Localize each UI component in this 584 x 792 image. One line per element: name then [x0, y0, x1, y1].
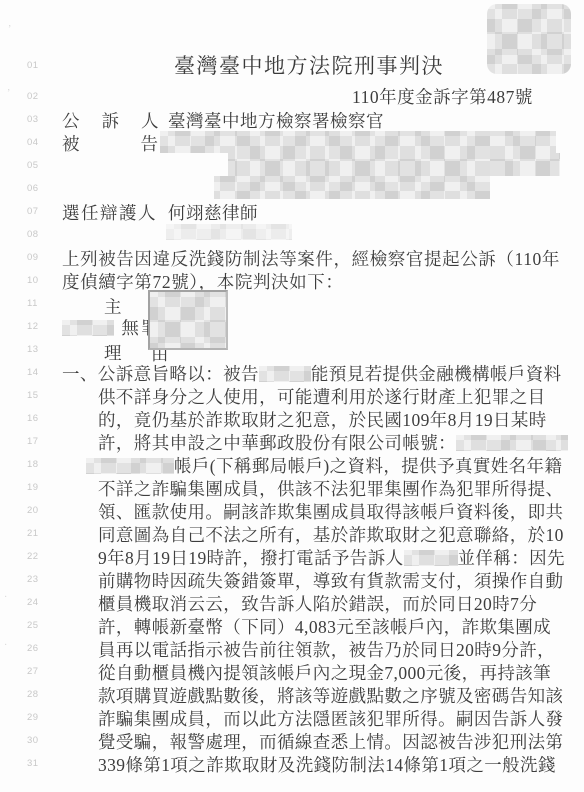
line-number: 24	[27, 597, 39, 608]
line-number: 06	[27, 183, 39, 194]
body-line: 的，竟仍基於詐欺取財之犯意，於民國109年8月19日某時	[98, 409, 547, 431]
redaction-mosaic	[404, 550, 458, 566]
line-number: 04	[27, 137, 39, 148]
body-text: 許，轉帳新臺幣（下同）4,083元至該帳戶內，詐欺集團成	[98, 617, 551, 637]
section-heading-reason: 理	[104, 340, 122, 365]
body-text: 能預見若提供金融機構帳戶資料	[311, 364, 562, 384]
body-text: 339條第1項之詐欺取財及洗錢防制法14條第1項之一般洗錢	[98, 755, 556, 775]
preamble-line: 上列被告因違反洗錢防制法等案件，經檢察官提起公訴（110年	[62, 248, 560, 270]
body-text: 同意圖為自己不法之所有，基於詐欺取財之犯意聯絡，於10	[98, 525, 564, 545]
line-number: 27	[27, 666, 39, 677]
body-line: 覺受騙，報警處理，而循線查悉上情。因認被告涉犯刑法第	[98, 731, 563, 753]
body-line: 許，轉帳新臺幣（下同）4,083元至該帳戶內，詐欺集團成	[98, 616, 551, 638]
line-number: 23	[27, 574, 39, 585]
body-text: 櫃員機取消云云，致告訴人陷於錯誤，而於同日20時7分	[98, 594, 537, 614]
line-number: 17	[27, 436, 39, 447]
defendant-name-redaction-mosaic	[160, 131, 560, 199]
case-number: 110年度金訴字第487號	[352, 84, 533, 109]
line-number: 11	[27, 298, 38, 309]
body-text: 詐騙集團成員，而以此方法隱匿該犯罪所得。嗣因告訴人發	[98, 709, 563, 729]
body-line: 詐騙集團成員，而以此方法隱匿該犯罪所得。嗣因告訴人發	[98, 708, 563, 730]
judgment-page: 0102030405060708091011121314151617181920…	[0, 0, 584, 792]
body-text: 一、公訴意旨略以：被告	[62, 364, 259, 384]
body-line: 供不詳身分之人使用，可能遭利用於遂行財產上犯罪之目	[98, 386, 546, 408]
body-line: 領、匯款使用。嗣該詐欺集團成員取得該帳戶資料後，即共	[98, 501, 563, 523]
line-number: 09	[27, 252, 39, 263]
line-number: 18	[27, 459, 39, 470]
body-text: 款項購買遊戲點數後，將該等遊戲點數之序號及密碼告知該	[98, 686, 563, 706]
body-line: 帳戶(下稱郵局帳戶)之資料，提供予真實姓名年籍	[98, 455, 562, 477]
line-number: 22	[27, 551, 39, 562]
counsel-label: 選任辯護人	[62, 202, 157, 225]
body-text: 前購物時因疏失簽錯簽單，導致有貨款需支付，須操作自動	[98, 571, 563, 591]
verdict-redaction-box	[148, 290, 228, 350]
body-text: 員再以電話指示被告前往領款，被告乃於同日20時9分許，	[98, 640, 555, 660]
prosecutor-label: 公訴人	[62, 110, 181, 133]
line-number: 29	[27, 712, 39, 723]
body-line: 許，將其申設之中華郵政股份有限公司帳號：	[98, 432, 568, 454]
body-text: 供不詳身分之人使用，可能遭利用於遂行財產上犯罪之目	[98, 387, 546, 407]
verdict-line: 無罪	[62, 317, 160, 339]
body-text: 領、匯款使用。嗣該詐欺集團成員取得該帳戶資料後，即共	[98, 502, 563, 522]
line-number: 28	[27, 689, 39, 700]
line-number: 07	[27, 206, 39, 217]
redaction-mosaic	[456, 435, 568, 451]
body-line: 款項購買遊戲點數後，將該等遊戲點數之序號及密碼告知該	[98, 685, 563, 707]
line-number: 12	[27, 321, 39, 332]
line-number: 02	[27, 91, 39, 102]
body-text: 並佯稱：因先	[458, 548, 565, 568]
body-line: 339條第1項之詐欺取財及洗錢防制法14條第1項之一般洗錢	[98, 754, 556, 776]
line-number: 03	[27, 114, 39, 125]
scan-artifact: ·	[4, 640, 7, 651]
body-line: 一、公訴意旨略以：被告能預見若提供金融機構帳戶資料	[62, 363, 562, 385]
line-number: 16	[27, 413, 39, 424]
line-number: 05	[27, 160, 39, 171]
body-text: 不詳之詐騙集團成員，供該不法犯罪集團作為犯罪所得提、	[98, 479, 563, 499]
redaction-mosaic	[86, 458, 174, 474]
body-text: 從自動櫃員機內提領該帳戶內之現金7,000元後，再持該筆	[98, 663, 551, 683]
line-number: 15	[27, 390, 39, 401]
party-row-prosecutor: 公訴人 臺灣臺中地方檢察署檢察官	[62, 110, 181, 133]
line-number: 08	[27, 229, 39, 240]
counsel-value: 何翊慈律師	[168, 202, 258, 225]
body-line: 9年8月19日19時許，撥打電話予告訴人並佯稱：因先	[98, 547, 565, 569]
party-row-counsel: 選任辯護人 何翊慈律師	[62, 202, 157, 225]
body-line: 同意圖為自己不法之所有，基於詐欺取財之犯意聯絡，於10	[98, 524, 564, 546]
scan-artifact: ’	[7, 88, 10, 99]
body-text: 的，竟仍基於詐欺取財之犯意，於民國109年8月19日某時	[98, 410, 547, 430]
body-line: 從自動櫃員機內提領該帳戶內之現金7,000元後，再持該筆	[98, 662, 551, 684]
body-line: 不詳之詐騙集團成員，供該不法犯罪集團作為犯罪所得提、	[98, 478, 563, 500]
line-number: 01	[27, 60, 39, 71]
line-number: 21	[27, 528, 39, 539]
line-number: 26	[27, 643, 39, 654]
body-text: 許，將其申設之中華郵政股份有限公司帳號：	[98, 433, 456, 453]
prosecutor-value: 臺灣臺中地方檢察署檢察官	[168, 110, 384, 133]
page-title: 臺灣臺中地方法院刑事判決	[174, 50, 444, 80]
line-number: 13	[27, 344, 39, 355]
line-number: 14	[27, 367, 39, 378]
counsel-info-redaction-mosaic	[166, 224, 292, 240]
scan-artifact: ·	[4, 592, 7, 603]
body-line: 前購物時因疏失簽錯簽單，導致有貨款需支付，須操作自動	[98, 570, 563, 592]
defendant-name-redaction-mosaic	[62, 320, 114, 336]
line-number: 10	[27, 275, 39, 286]
line-number: 19	[27, 482, 39, 493]
body-text: 覺受騙，報警處理，而循線查悉上情。因認被告涉犯刑法第	[98, 732, 563, 752]
body-line: 櫃員機取消云云，致告訴人陷於錯誤，而於同日20時7分	[98, 593, 537, 615]
body-line: 員再以電話指示被告前往領款，被告乃於同日20時9分許，	[98, 639, 555, 661]
body-text: 帳戶(下稱郵局帳戶)之資料，提供予真實姓名年籍	[174, 456, 562, 476]
scan-artifact: ’	[8, 24, 11, 35]
line-number: 25	[27, 620, 39, 631]
line-number: 20	[27, 505, 39, 516]
line-number: 31	[27, 758, 39, 769]
line-number: 30	[27, 735, 39, 746]
section-heading-main: 主	[104, 294, 122, 319]
redaction-mosaic	[259, 366, 311, 382]
body-text: 9年8月19日19時許，撥打電話予告訴人	[98, 548, 404, 568]
court-seal-redaction-mosaic	[487, 4, 571, 74]
